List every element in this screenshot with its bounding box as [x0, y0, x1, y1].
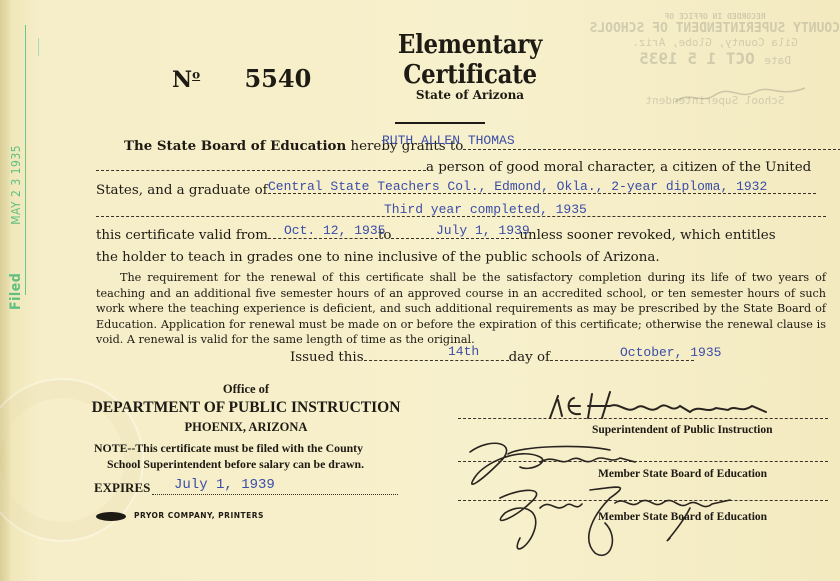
expires-blank	[152, 494, 398, 495]
certificate-number: No 5540	[172, 64, 311, 93]
note-line-2: School Superintendent before salary can …	[94, 456, 406, 472]
recorded-line-2: COUNTY SUPERINTENDENT OF SCHOOLS	[590, 21, 840, 36]
expires-value: July 1, 1939	[174, 477, 275, 493]
department-name: DEPARTMENT OF PUBLIC INSTRUCTION	[90, 399, 402, 417]
department-location: PHOENIX, ARIZONA	[90, 420, 402, 435]
board-member-signature-2-icon	[480, 478, 740, 568]
filed-stamp-rule	[25, 25, 26, 295]
valid-to-value: July 1, 1939	[436, 223, 530, 238]
grades-line: the holder to teach in grades one to nin…	[96, 250, 660, 265]
valid-from-label: this certificate valid from	[96, 228, 268, 243]
expires-label: EXPIRES	[94, 480, 150, 496]
renewal-paragraph: The requirement for the renewal of this …	[96, 270, 826, 348]
certificate-page: Filed MAY 2 3 1935 No 5540 Elementary Ce…	[0, 0, 840, 581]
issued-month-year: October, 1935	[620, 345, 721, 360]
graduate-prefix: States, and a graduate of	[96, 183, 268, 198]
issued-day: 14th	[448, 344, 479, 359]
superintendent-signature-icon	[540, 388, 780, 428]
character-line: a person of good moral character, a citi…	[96, 160, 811, 175]
character-blank	[96, 169, 426, 171]
grantee-blank	[463, 148, 840, 150]
printer-credit: PRYOR COMPANY, PRINTERS	[96, 511, 264, 521]
filed-label: Filed	[8, 273, 24, 310]
issued-day-blank	[364, 359, 509, 361]
printer-logo-icon	[96, 512, 126, 521]
day-of-label: day of	[509, 350, 550, 365]
graduate-of-value: Central State Teachers Col., Edmond, Okl…	[268, 179, 767, 194]
valid-from-value: Oct. 12, 1935	[284, 223, 385, 238]
revoked-text: unless sooner revoked, which entitles	[519, 228, 775, 243]
filed-stamp: Filed MAY 2 3 1935	[8, 145, 24, 310]
issued-label: Issued this	[290, 350, 364, 365]
title-underline	[395, 122, 485, 124]
recorded-line-1: RECORDED IN OFFICE OF	[590, 12, 840, 21]
character-text: a person of good moral character, a citi…	[426, 160, 811, 175]
number-value: 5540	[244, 64, 311, 93]
office-of: Office of	[90, 382, 402, 397]
number-label: No	[172, 67, 200, 93]
page-title: Elementary Certificate	[338, 30, 602, 90]
filing-note: NOTE--This certificate must be filed wit…	[94, 440, 406, 472]
recorded-line-3: Gila County, Globe, Ariz.	[590, 36, 840, 49]
board-heading: The State Board of Education	[124, 138, 346, 154]
filed-date: MAY 2 3 1935	[9, 145, 23, 225]
page-subtitle: State of Arizona	[320, 88, 620, 102]
green-mark	[38, 38, 39, 56]
note-line-1: NOTE--This certificate must be filed wit…	[94, 440, 406, 456]
additional-value: Third year completed, 1935	[384, 202, 587, 217]
grantee-name: RUTH ALLEN THOMAS	[382, 133, 515, 148]
recorded-date: Date OCT 1 5 1935	[590, 49, 840, 68]
ghost-signature-icon	[670, 80, 810, 110]
